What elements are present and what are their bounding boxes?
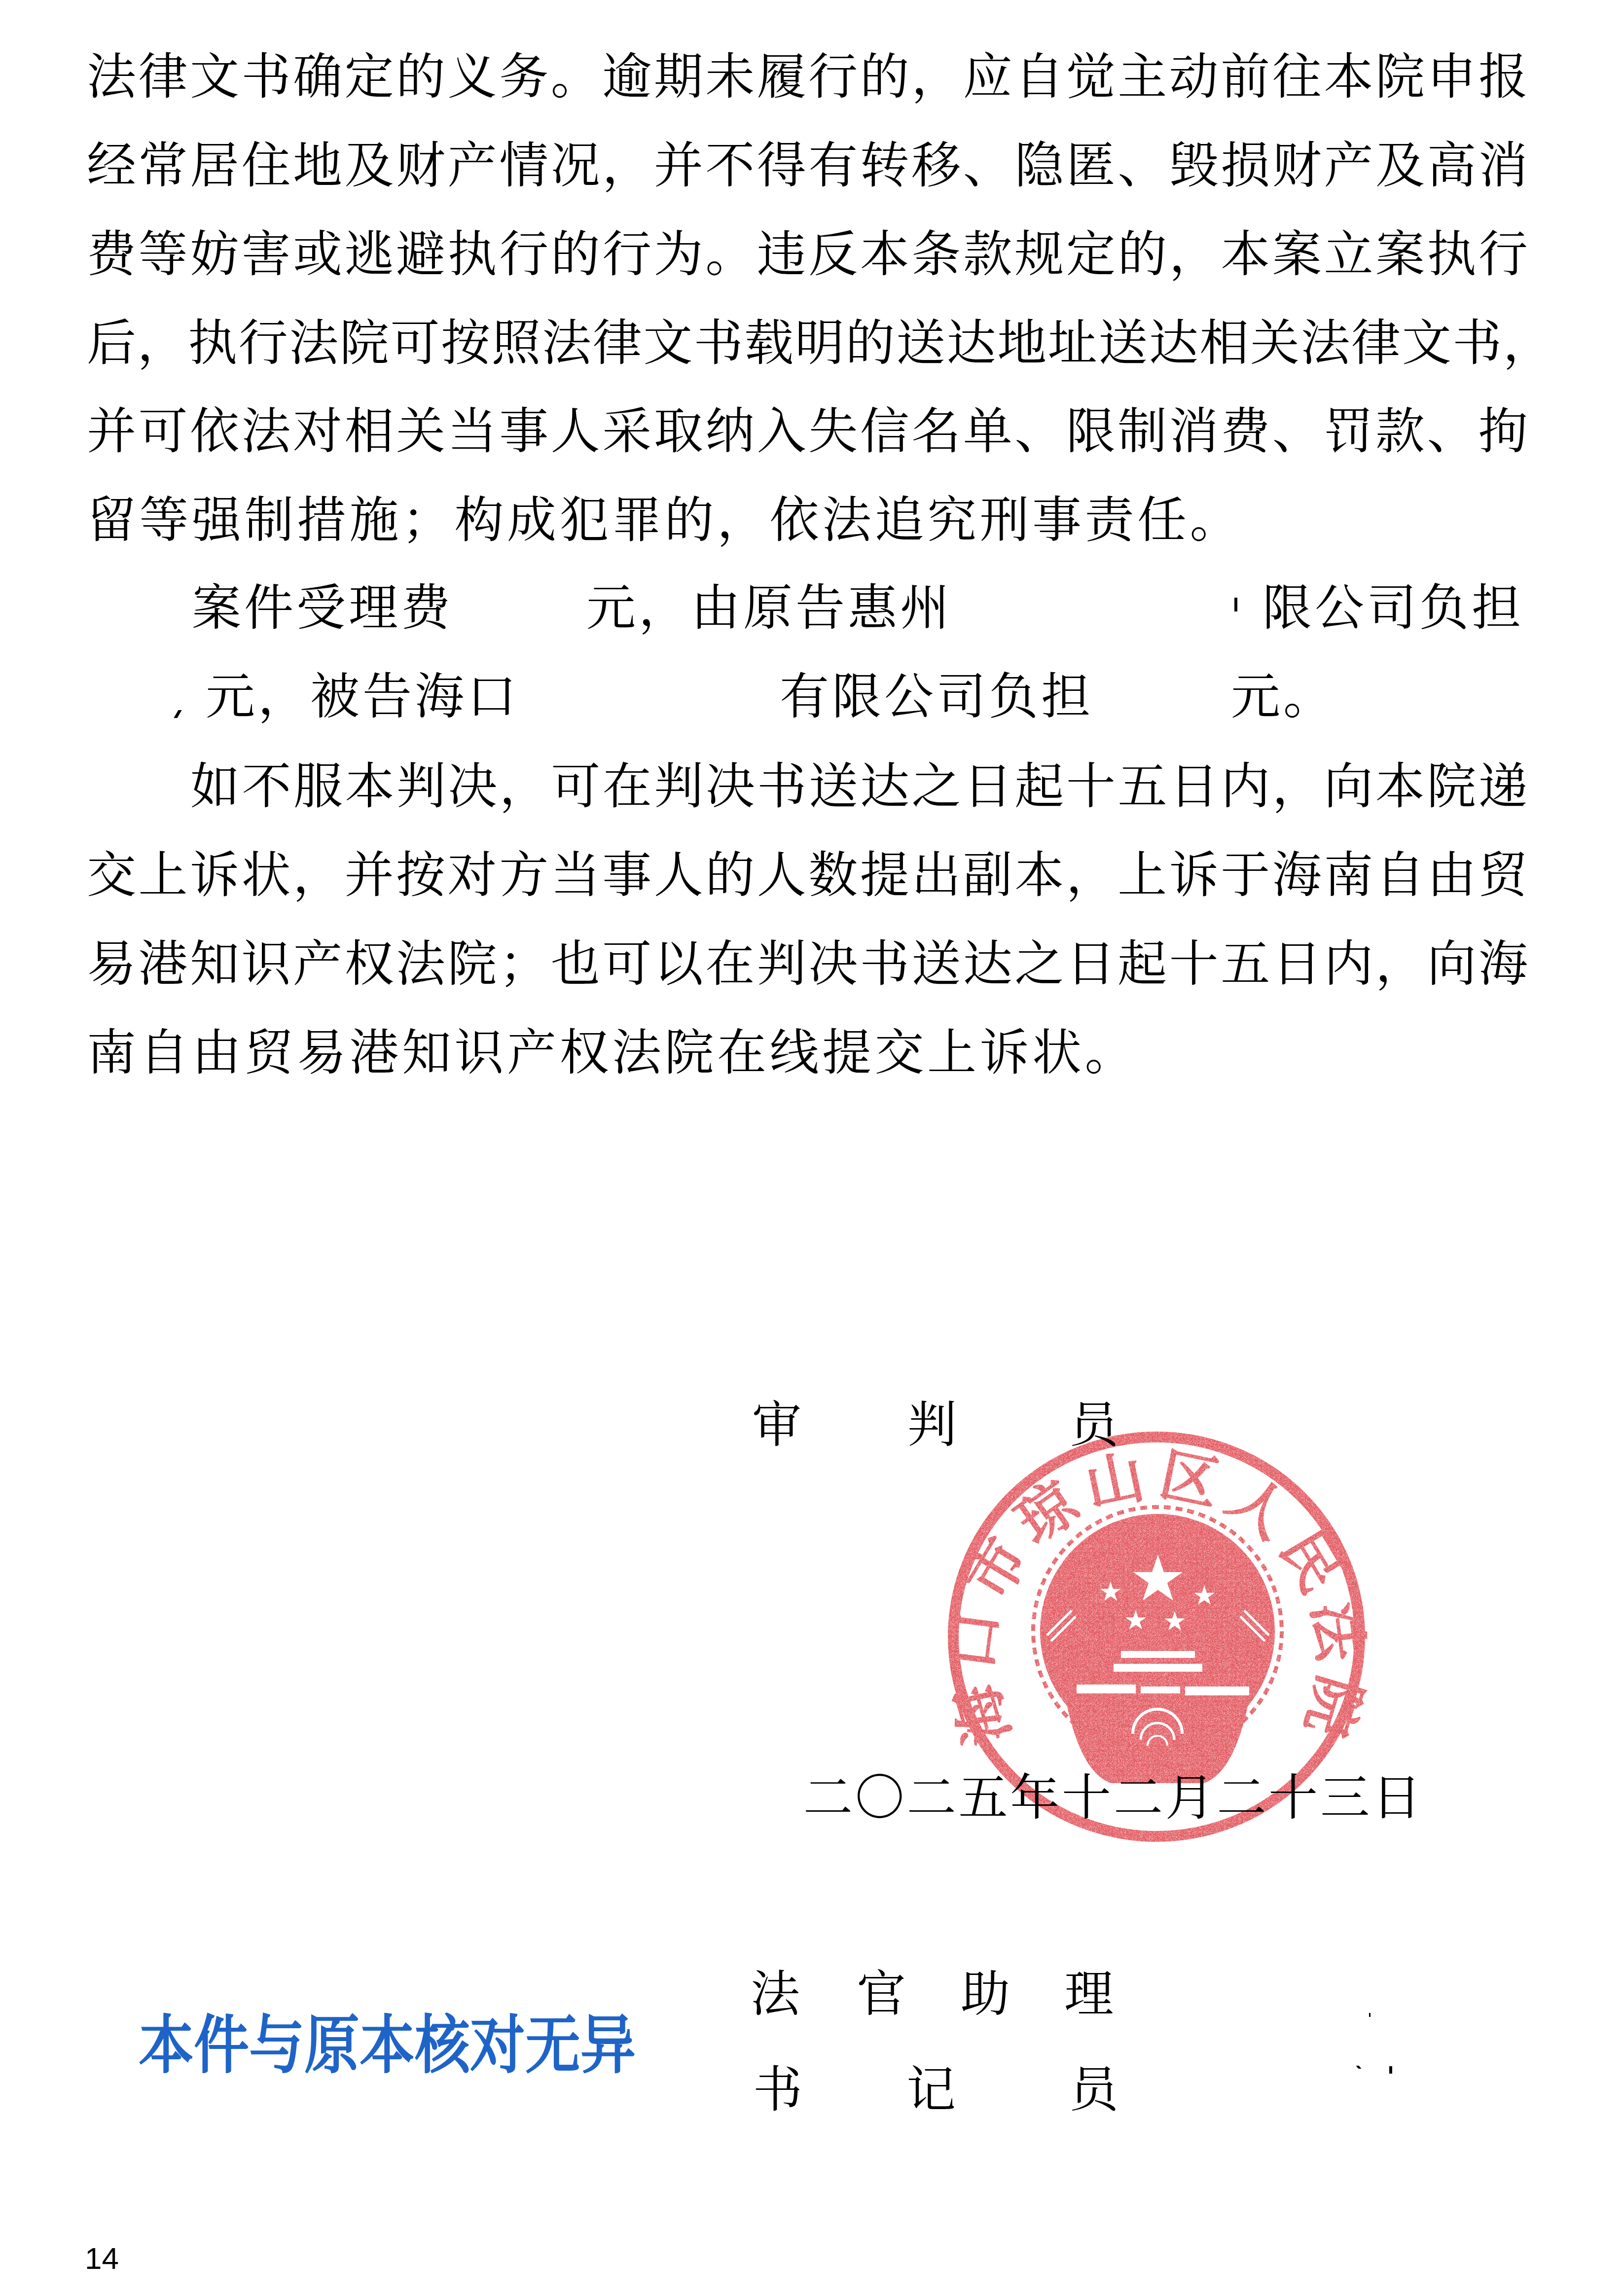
text-char: 确: [293, 47, 342, 107]
text-char: 常: [139, 136, 188, 195]
clerk-label-char: 记: [906, 2060, 956, 2119]
text-char: ，: [602, 136, 651, 195]
text-char: 提: [860, 846, 909, 905]
text-char: 、: [1272, 402, 1322, 461]
paragraph-line: 经常居住地及财产情况，并不得有转移、隐匿、毁损财产及高消: [87, 136, 1528, 195]
paragraph-line: 费等妨害或逃避执行的行为。违反本条款规定的，本案立案执行: [87, 225, 1528, 284]
text-char: 判: [654, 757, 703, 816]
text-char: 害: [242, 225, 291, 284]
text-char: 与: [249, 1995, 304, 2097]
text-char: 移: [911, 136, 961, 195]
fee-text-case-acceptance: 案件受理费: [192, 578, 453, 638]
text-char: 行: [499, 225, 548, 284]
redaction-residue-mark: [1389, 2066, 1392, 2074]
text-char: ，: [1066, 846, 1116, 905]
text-char: 、: [1014, 402, 1064, 461]
text-char: 事: [499, 402, 548, 461]
text-char: 应: [963, 47, 1012, 107]
document-page: 法律文书确定的义务。逾期未履行的，应自觉主动前往本院申报 经常居住地及财产情况，…: [0, 0, 1623, 2296]
text-char: 对: [470, 1995, 525, 2097]
text-char: 及: [345, 136, 394, 195]
paragraph-line: 留等强制措施；构成犯罪的，依法追究刑事责任。: [87, 491, 1242, 550]
text-char: 送: [1098, 314, 1148, 373]
text-char: 识: [242, 934, 291, 994]
text-char: 律: [139, 47, 188, 107]
text-char: 文: [643, 314, 692, 373]
text-char: 妨: [190, 225, 239, 284]
judge-label-char: 员: [1069, 1396, 1118, 1455]
paragraph-line: 后，执行法院可按照法律文书载明的送达地址送达相关法律文书，: [87, 314, 1552, 373]
text-char: 书: [242, 47, 291, 107]
text-char: 贸: [1479, 846, 1528, 905]
text-char: 状: [242, 846, 291, 905]
text-char: 主: [1118, 47, 1167, 107]
text-char: 款: [1375, 402, 1425, 461]
text-char: 年: [1010, 1768, 1059, 1828]
text-char: 送: [911, 934, 961, 994]
text-char: 照: [492, 314, 541, 373]
text-char: 财: [1272, 136, 1322, 195]
text-char: 南: [1324, 846, 1373, 905]
text-char: 数: [808, 846, 858, 905]
text-char: 址: [1048, 314, 1097, 373]
text-char: 文: [190, 47, 239, 107]
text-char: 决: [706, 757, 755, 816]
text-char: 决: [448, 757, 497, 816]
text-char: 入: [757, 402, 806, 461]
text-char: 三: [1320, 1768, 1370, 1828]
paragraph-line: 并可依法对相关当事人采取纳入失信名单、限制消费、罚款、拘: [87, 402, 1528, 461]
text-char: 费: [1221, 402, 1270, 461]
text-char: 十: [1268, 1768, 1318, 1828]
text-char: 产: [1324, 136, 1373, 195]
text-char: 。: [705, 225, 755, 284]
text-char: 也: [551, 934, 600, 994]
text-char: 律: [1351, 314, 1401, 373]
text-char: 日: [963, 757, 1012, 816]
text-char: 制: [1118, 402, 1167, 461]
text-char: 反: [808, 225, 858, 284]
text-char: 判: [397, 757, 446, 816]
text-char: 上: [139, 846, 188, 905]
text-char: 本: [860, 225, 909, 284]
text-char: 款: [963, 225, 1012, 284]
text-char: 五: [1118, 757, 1167, 816]
text-char: ，: [1169, 225, 1219, 284]
text-char: 匿: [1066, 136, 1116, 195]
text-char: 可: [551, 757, 600, 816]
text-char: 行: [1479, 225, 1528, 284]
text-char: ，: [1503, 314, 1552, 373]
text-char: 人: [757, 846, 806, 905]
text-char: 采: [602, 402, 651, 461]
text-char: 的: [705, 846, 755, 905]
text-char: 日: [1066, 934, 1116, 994]
text-char: ，: [293, 846, 342, 905]
text-char: 本: [360, 1995, 415, 2097]
text-char: 按: [441, 314, 490, 373]
text-char: 十: [1169, 934, 1219, 994]
assistant-label-char: 官: [857, 1965, 906, 2024]
redaction-residue-mark: [1234, 598, 1237, 611]
text-char: 费: [87, 225, 136, 284]
text-char: 、: [1427, 402, 1476, 461]
text-char: 决: [808, 934, 858, 994]
text-char: 十: [1062, 1768, 1111, 1828]
text-char: 的: [860, 47, 909, 107]
text-char: 立: [1324, 225, 1373, 284]
text-char: 动: [1169, 47, 1219, 107]
page-number: 14: [85, 2243, 119, 2275]
text-char: 达: [947, 314, 996, 373]
text-char: 可: [139, 402, 188, 461]
fee-text-defendant: 元，被告海口: [206, 667, 519, 726]
paragraph-line: 法律文书确定的义务。逾期未履行的，应自觉主动前往本院申报: [87, 47, 1528, 107]
text-char: 文: [1402, 314, 1451, 373]
text-char: 本: [1375, 757, 1425, 816]
text-char: 限: [1066, 402, 1116, 461]
text-char: 地: [293, 136, 342, 195]
assistant-label-char: 理: [1064, 1965, 1114, 2024]
text-char: 在: [705, 934, 755, 994]
text-char: 行: [808, 47, 858, 107]
text-char: 法: [396, 934, 445, 994]
text-char: 月: [1165, 1768, 1215, 1828]
text-char: 产: [448, 136, 497, 195]
text-char: 义: [448, 47, 497, 107]
text-char: 后: [87, 314, 136, 373]
text-char: 纳: [705, 402, 755, 461]
text-char: 单: [963, 402, 1012, 461]
text-char: 法: [87, 47, 136, 107]
text-char: 法: [1301, 314, 1350, 373]
text-char: 损: [1221, 136, 1270, 195]
text-char: 的: [396, 47, 445, 107]
text-char: 二: [907, 1768, 956, 1828]
fee-text-plaintiff-burden: 限公司负担: [1262, 578, 1524, 638]
text-char: 起: [1015, 757, 1064, 816]
text-char: 法: [289, 314, 338, 373]
national-emblem-icon: [1033, 1507, 1282, 1783]
text-char: 况: [551, 136, 600, 195]
text-char: 名: [911, 402, 961, 461]
text-char: 二: [803, 1768, 853, 1828]
text-char: 人: [551, 402, 600, 461]
text-char: 报: [1479, 47, 1528, 107]
text-char: 之: [912, 757, 961, 816]
text-char: ，: [911, 47, 961, 107]
text-char: 二: [1217, 1768, 1266, 1828]
text-char: 隐: [1014, 136, 1064, 195]
text-char: 当: [551, 846, 600, 905]
text-char: 住: [242, 136, 291, 195]
text-char: 送: [896, 314, 945, 373]
paragraph-line: 南自由贸易港知识产权法院在线提交上诉状。: [87, 1023, 1137, 1082]
text-char: 海: [1272, 846, 1322, 905]
text-char: 由: [1427, 846, 1476, 905]
text-char: 日: [1272, 934, 1322, 994]
text-char: 。: [551, 47, 600, 107]
clerk-label-char: 书: [753, 2060, 802, 2119]
text-char: 避: [396, 225, 445, 284]
text-char: 前: [1221, 47, 1270, 107]
text-char: 达: [860, 757, 909, 816]
text-char: 内: [1221, 757, 1270, 816]
fee-text-yuan-end: 元。: [1231, 667, 1335, 726]
text-char: 得: [757, 136, 806, 195]
text-char: 起: [1118, 934, 1167, 994]
text-char: 达: [1149, 314, 1198, 373]
text-char: 违: [757, 225, 806, 284]
text-char: 毁: [1169, 136, 1219, 195]
text-char: ；: [499, 934, 548, 994]
text-char: 日: [1169, 757, 1219, 816]
text-char: ，: [500, 757, 549, 816]
text-char: 并: [87, 402, 136, 461]
text-char: 书: [1452, 314, 1502, 373]
text-char: 相: [1199, 314, 1249, 373]
text-char: 律: [593, 314, 642, 373]
text-char: 海: [1479, 934, 1528, 994]
text-char: 及: [1375, 136, 1425, 195]
text-char: 本: [345, 757, 394, 816]
judge-label-char: 审: [752, 1396, 801, 1455]
text-char: 交: [87, 846, 136, 905]
text-char: 关: [396, 402, 445, 461]
text-char: 原: [304, 1995, 360, 2097]
text-char: 消: [1479, 136, 1528, 195]
text-char: 行: [239, 314, 288, 373]
text-char: 达: [963, 934, 1012, 994]
text-char: 之: [1014, 934, 1064, 994]
text-char: 规: [1014, 225, 1064, 284]
text-char: 十: [1066, 757, 1116, 816]
text-char: 产: [293, 934, 342, 994]
text-char: 对: [448, 846, 497, 905]
text-char: 等: [139, 225, 188, 284]
text-char: 五: [1221, 934, 1270, 994]
text-char: 逾: [602, 47, 651, 107]
text-char: 期: [654, 47, 703, 107]
text-char: 有: [808, 136, 858, 195]
text-char: 如: [190, 757, 240, 816]
paragraph-line: 易港知识产权法院；也可以在判决书送达之日起十五日内，向海: [87, 934, 1528, 994]
text-char: 并: [345, 846, 394, 905]
text-char: 执: [448, 225, 497, 284]
text-char: 向: [1427, 934, 1476, 994]
text-char: 未: [705, 47, 755, 107]
text-char: 院: [448, 934, 497, 994]
text-char: 相: [345, 402, 394, 461]
text-char: 行: [602, 225, 651, 284]
text-char: 人: [654, 846, 703, 905]
text-char: 依: [190, 402, 239, 461]
text-char: 院: [340, 314, 389, 373]
text-char: 、: [963, 136, 1012, 195]
text-char: 本: [1014, 846, 1064, 905]
text-char: 副: [963, 846, 1012, 905]
text-char: 本: [139, 1995, 194, 2097]
fee-text-defendant-burden: 有限公司负担: [780, 667, 1093, 726]
text-char: 易: [87, 934, 136, 994]
text-char: 法: [242, 402, 291, 461]
text-char: 务: [499, 47, 548, 107]
text-char: 觉: [1066, 47, 1116, 107]
text-char: 关: [1250, 314, 1299, 373]
text-char: 向: [1324, 757, 1373, 816]
text-char: 法: [542, 314, 591, 373]
text-char: 申: [1427, 47, 1476, 107]
text-char: 院: [1375, 47, 1425, 107]
text-char: 明: [795, 314, 844, 373]
text-char: 知: [190, 934, 239, 994]
text-char: 无: [525, 1995, 580, 2097]
text-char: ，: [1272, 757, 1322, 816]
text-char: 本: [1221, 225, 1270, 284]
text-char: 案: [1375, 225, 1425, 284]
text-char: 港: [139, 934, 188, 994]
text-char: 上: [1118, 846, 1167, 905]
text-char: 载: [744, 314, 793, 373]
text-char: 罚: [1324, 402, 1373, 461]
text-char: 、: [1118, 136, 1167, 195]
text-char: 可: [602, 934, 651, 994]
text-char: 取: [654, 402, 703, 461]
text-char: 诉: [190, 846, 239, 905]
text-char: ，: [138, 314, 187, 373]
text-char: 经: [87, 136, 136, 195]
text-char: 不: [242, 757, 291, 816]
text-char: 权: [345, 934, 394, 994]
clerk-label-char: 员: [1069, 2060, 1118, 2119]
text-char: 执: [188, 314, 237, 373]
text-char: 按: [396, 846, 445, 905]
assistant-label-char: 法: [751, 1965, 800, 2024]
text-char: 自: [1375, 846, 1425, 905]
text-char: 消: [1169, 402, 1219, 461]
text-char: 失: [808, 402, 858, 461]
text-char: 并: [654, 136, 703, 195]
text-char: 可: [390, 314, 439, 373]
text-char: 执: [1427, 225, 1476, 284]
paragraph-line: 交上诉状，并按对方当事人的人数提出副本，上诉于海南自由贸: [87, 846, 1528, 905]
text-char: 诉: [1169, 846, 1219, 905]
text-char: 件: [194, 1995, 249, 2097]
text-char: ，: [1375, 934, 1425, 994]
redaction-residue-mark: [174, 710, 181, 718]
text-char: 出: [911, 846, 961, 905]
text-char: 逃: [345, 225, 394, 284]
assistant-label-char: 助: [961, 1965, 1010, 2024]
text-char: 内: [1324, 934, 1373, 994]
text-char: 书: [757, 757, 806, 816]
text-char: 往: [1272, 47, 1322, 107]
text-char: 当: [448, 402, 497, 461]
text-char: 条: [911, 225, 961, 284]
judgment-date: 二〇二五年十二月二十三日: [803, 1768, 1421, 1828]
text-char: 财: [396, 136, 445, 195]
text-char: 异: [580, 1995, 636, 2097]
text-char: 的: [845, 314, 895, 373]
text-char: 的: [551, 225, 600, 284]
text-char: 方: [499, 846, 548, 905]
fee-text-plaintiff: 元，由原告惠州: [586, 578, 952, 638]
copy-verified-stamp: 本件与原本核对无异: [139, 1995, 597, 2097]
text-char: 送: [809, 757, 858, 816]
text-char: 定: [1066, 225, 1116, 284]
text-char: 五: [958, 1768, 1008, 1828]
redaction-residue-mark: [1356, 2066, 1361, 2069]
text-char: 书: [694, 314, 743, 373]
redaction-residue-mark: [1369, 2013, 1371, 2017]
text-char: 居: [190, 136, 239, 195]
text-char: 拘: [1479, 402, 1528, 461]
judge-label-char: 判: [907, 1396, 957, 1455]
text-char: 日: [1372, 1768, 1421, 1828]
text-char: 事: [602, 846, 651, 905]
text-char: 定: [345, 47, 394, 107]
text-char: 对: [293, 402, 342, 461]
text-char: 于: [1221, 846, 1270, 905]
text-char: 服: [293, 757, 343, 816]
text-char: 判: [757, 934, 806, 994]
text-char: 情: [499, 136, 548, 195]
text-char: 高: [1427, 136, 1476, 195]
text-char: 书: [860, 934, 909, 994]
text-char: 自: [1014, 47, 1064, 107]
text-char: 〇: [855, 1768, 904, 1828]
text-char: 本: [1324, 47, 1373, 107]
text-char: 院: [1427, 757, 1476, 816]
text-char: 的: [1118, 225, 1167, 284]
text-char: 履: [757, 47, 806, 107]
text-char: 转: [860, 136, 909, 195]
text-char: 不: [705, 136, 755, 195]
text-char: 在: [603, 757, 652, 816]
text-char: 核: [415, 1995, 470, 2097]
text-char: 案: [1272, 225, 1322, 284]
text-char: 信: [860, 402, 909, 461]
text-char: 以: [654, 934, 703, 994]
text-char: 地: [997, 314, 1046, 373]
text-char: 二: [1114, 1768, 1163, 1828]
text-char: 或: [293, 225, 342, 284]
paragraph-line: 如不服本判决，可在判决书送达之日起十五日内，向本院递: [190, 757, 1528, 816]
text-char: 为: [654, 225, 703, 284]
text-char: 递: [1479, 757, 1528, 816]
